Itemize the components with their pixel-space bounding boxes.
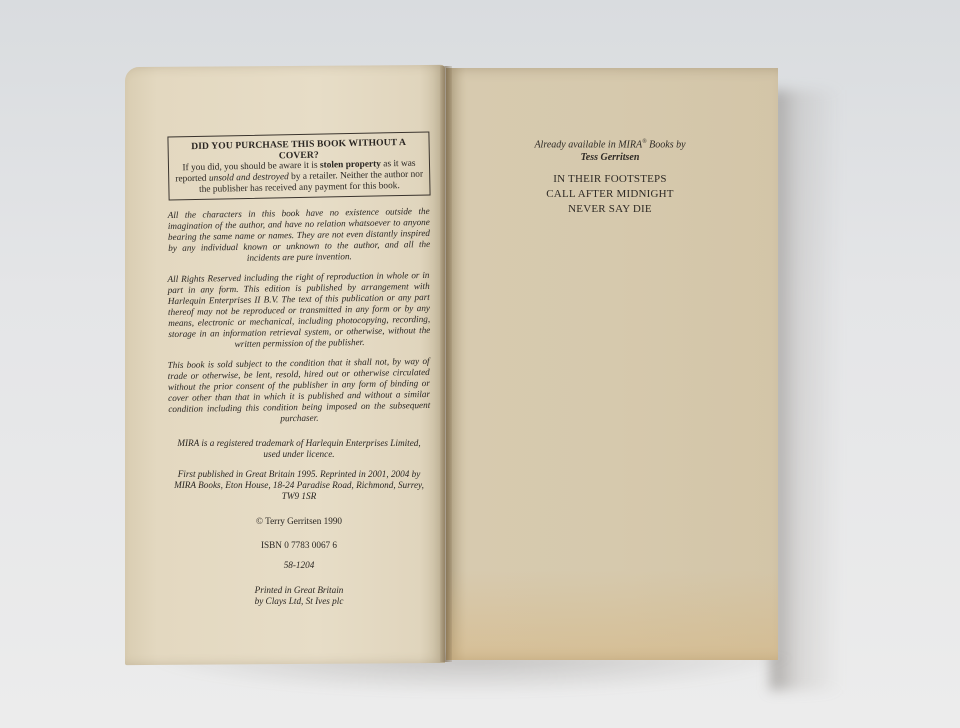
book-title-list: IN THEIR FOOTSTEPS CALL AFTER MIDNIGHT N… (505, 172, 715, 217)
catalog-code: 58-1204 (168, 560, 430, 571)
also-available-heading: Already available in MIRA® Books by (505, 136, 715, 151)
publication-history: First published in Great Britain 1995. R… (168, 469, 430, 502)
also-by-author: Already available in MIRA® Books by Tess… (505, 136, 715, 217)
fiction-disclaimer: All the characters in this book have no … (168, 206, 431, 265)
printer-line-1: Printed in Great Britain (168, 585, 430, 596)
printer-line-2: by Clays Ltd, St Ives plc (168, 596, 430, 607)
rights-reserved: All Rights Reserved including the right … (167, 270, 430, 351)
book-title: NEVER SAY DIE (505, 202, 715, 217)
author-name: Tess Gerritsen (505, 151, 715, 164)
coverless-book-notice: DID YOU PURCHASE THIS BOOK WITHOUT A COV… (167, 131, 430, 200)
trademark-notice: MIRA is a registered trademark of Harleq… (168, 438, 430, 460)
book-title: IN THEIR FOOTSTEPS (505, 172, 715, 187)
sale-condition: This book is sold subject to the conditi… (167, 356, 430, 426)
book-shadow (770, 90, 840, 690)
book-spine-gutter (440, 66, 452, 662)
copyright-page-text: DID YOU PURCHASE THIS BOOK WITHOUT A COV… (168, 134, 430, 616)
notice-body: If you did, you should be aware it is st… (175, 159, 424, 197)
isbn: ISBN 0 7783 0067 6 (168, 540, 430, 551)
book-title: CALL AFTER MIDNIGHT (505, 187, 715, 202)
copyright-line: © Terry Gerritsen 1990 (168, 516, 430, 527)
